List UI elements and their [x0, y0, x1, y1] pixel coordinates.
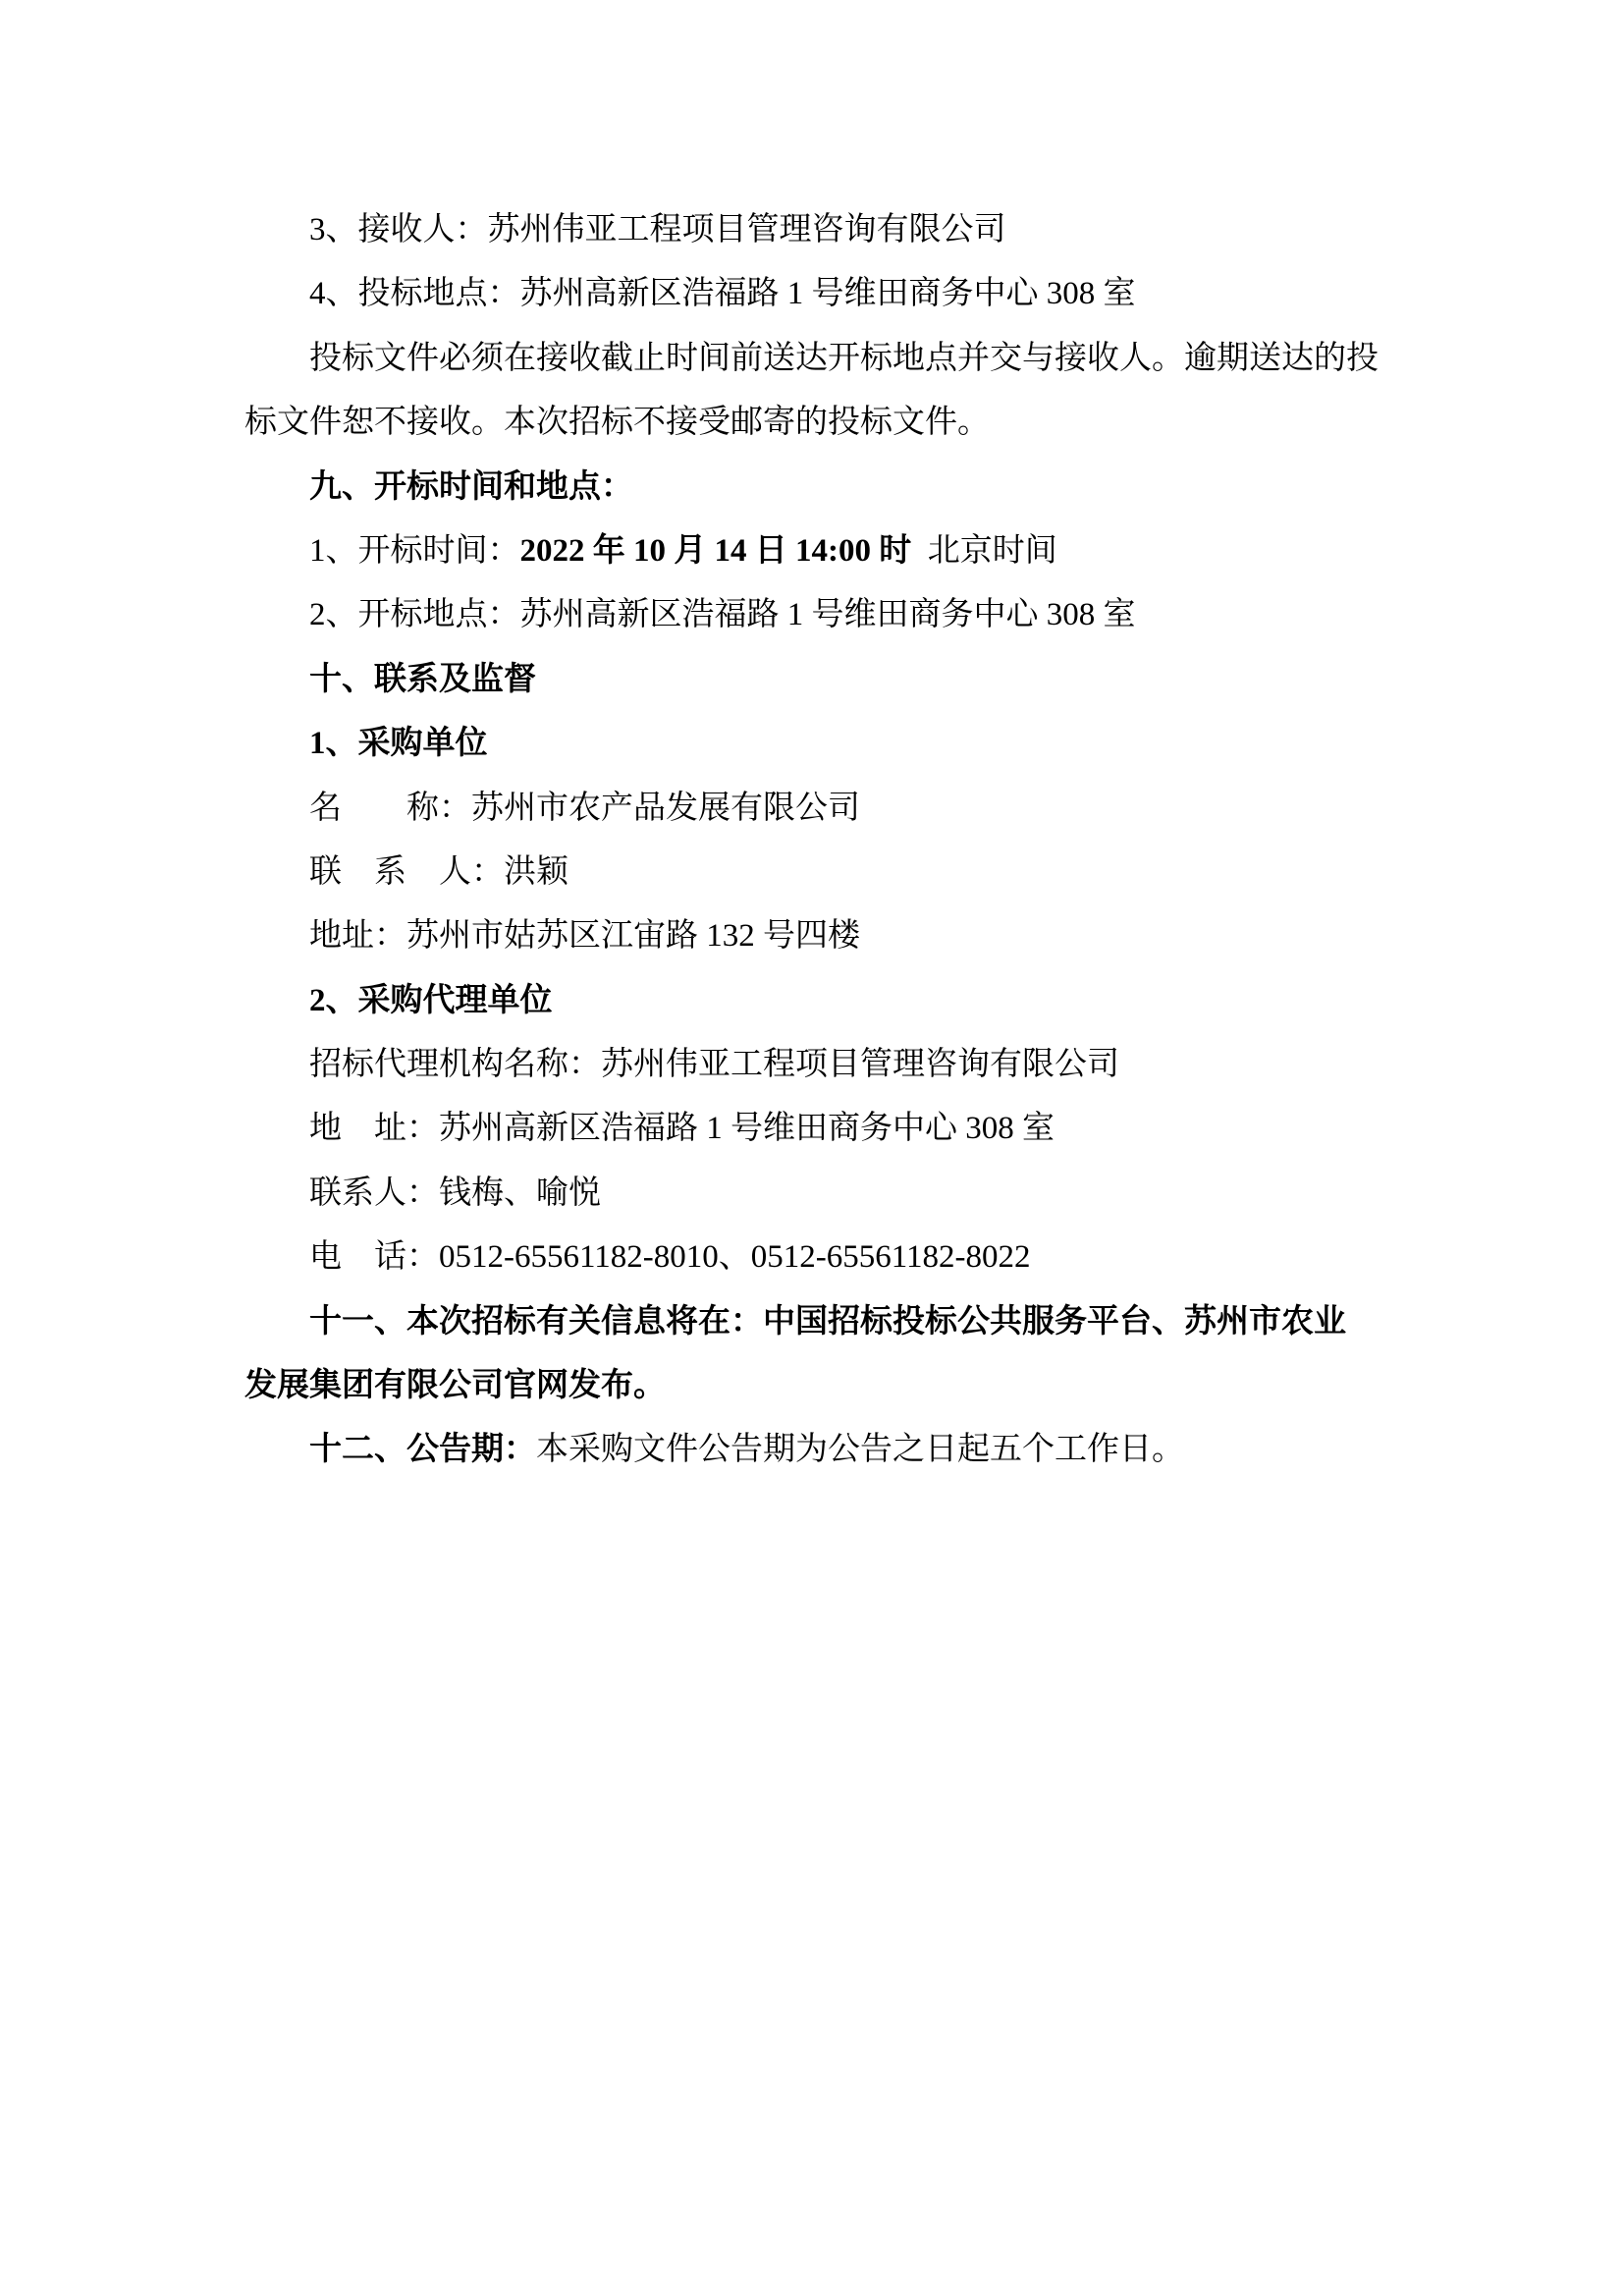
document-line: 联 系 人：洪颖 [244, 841, 1383, 904]
document-line: 十、联系及监督 [244, 648, 1383, 712]
document-line: 九、开标时间和地点： [244, 456, 1383, 519]
document-line: 联系人：钱梅、喻悦 [244, 1162, 1383, 1226]
text-run: 联系人：钱梅、喻悦 [309, 1175, 601, 1211]
text-run: 2、开标地点：苏州高新区浩福路 1 号维田商务中心 308 室 [309, 597, 1136, 632]
bold-text-run: 2022 年 10 月 14 日 14:00 时 [520, 533, 912, 569]
document-text: 3、接收人：苏州伟亚工程项目管理咨询有限公司4、投标地点：苏州高新区浩福路 1 … [244, 198, 1383, 1483]
document-line: 十二、公告期：本采购文件公告期为公告之日起五个工作日。 [244, 1418, 1383, 1482]
document-line: 4、投标地点：苏州高新区浩福路 1 号维田商务中心 308 室 [244, 262, 1383, 326]
bold-text-run: 2、采购代理单位 [309, 983, 553, 1018]
text-run: 4、投标地点：苏州高新区浩福路 1 号维田商务中心 308 室 [309, 276, 1136, 311]
document-line: 地址：苏州市姑苏区江宙路 132 号四楼 [244, 904, 1383, 968]
document-line: 投标文件必须在接收截止时间前送达开标地点并交与接收人。逾期送达的投 [244, 327, 1383, 391]
text-run: 3、接收人：苏州伟亚工程项目管理咨询有限公司 [309, 212, 1006, 247]
text-run: 投标文件必须在接收截止时间前送达开标地点并交与接收人。逾期送达的投 [309, 341, 1379, 376]
text-run: 联 系 人：洪颖 [309, 854, 568, 890]
text-run: 北京时间 [911, 533, 1057, 569]
text-run: 地 址：苏州高新区浩福路 1 号维田商务中心 308 室 [309, 1111, 1055, 1146]
document-line: 招标代理机构名称：苏州伟亚工程项目管理咨询有限公司 [244, 1033, 1383, 1097]
text-run: 1、开标时间： [309, 533, 520, 569]
bold-text-run: 十一、本次招标有关信息将在：中国招标投标公共服务平台、苏州市农业 [309, 1304, 1346, 1339]
document-line: 电 话：0512-65561182-8010、0512-65561182-802… [244, 1226, 1383, 1289]
document-line: 3、接收人：苏州伟亚工程项目管理咨询有限公司 [244, 198, 1383, 262]
document-line: 十一、本次招标有关信息将在：中国招标投标公共服务平台、苏州市农业 [244, 1290, 1383, 1354]
bold-text-run: 十、联系及监督 [309, 662, 536, 697]
document-line: 1、开标时间：2022 年 10 月 14 日 14:00 时 北京时间 [244, 519, 1383, 583]
document-line: 1、采购单位 [244, 712, 1383, 776]
text-run: 本采购文件公告期为公告之日起五个工作日。 [536, 1432, 1184, 1467]
bold-text-run: 十二、公告期： [309, 1432, 536, 1467]
document-line: 标文件恕不接收。本次招标不接受邮寄的投标文件。 [244, 391, 1383, 455]
document-page: 3、接收人：苏州伟亚工程项目管理咨询有限公司4、投标地点：苏州高新区浩福路 1 … [0, 0, 1623, 2296]
document-line: 发展集团有限公司官网发布。 [244, 1354, 1383, 1418]
bold-text-run: 1、采购单位 [309, 726, 488, 761]
text-run: 电 话：0512-65561182-8010、0512-65561182-802… [309, 1239, 1031, 1275]
bold-text-run: 九、开标时间和地点： [309, 469, 633, 505]
text-run: 名 称：苏州市农产品发展有限公司 [309, 791, 860, 826]
text-run: 标文件恕不接收。本次招标不接受邮寄的投标文件。 [244, 405, 990, 440]
document-line: 地 址：苏州高新区浩福路 1 号维田商务中心 308 室 [244, 1097, 1383, 1161]
text-run: 地址：苏州市姑苏区江宙路 132 号四楼 [309, 918, 860, 954]
text-run: 招标代理机构名称：苏州伟亚工程项目管理咨询有限公司 [309, 1047, 1119, 1082]
document-line: 2、采购代理单位 [244, 969, 1383, 1033]
document-line: 名 称：苏州市农产品发展有限公司 [244, 777, 1383, 841]
document-line: 2、开标地点：苏州高新区浩福路 1 号维田商务中心 308 室 [244, 583, 1383, 647]
bold-text-run: 发展集团有限公司官网发布。 [244, 1368, 666, 1403]
